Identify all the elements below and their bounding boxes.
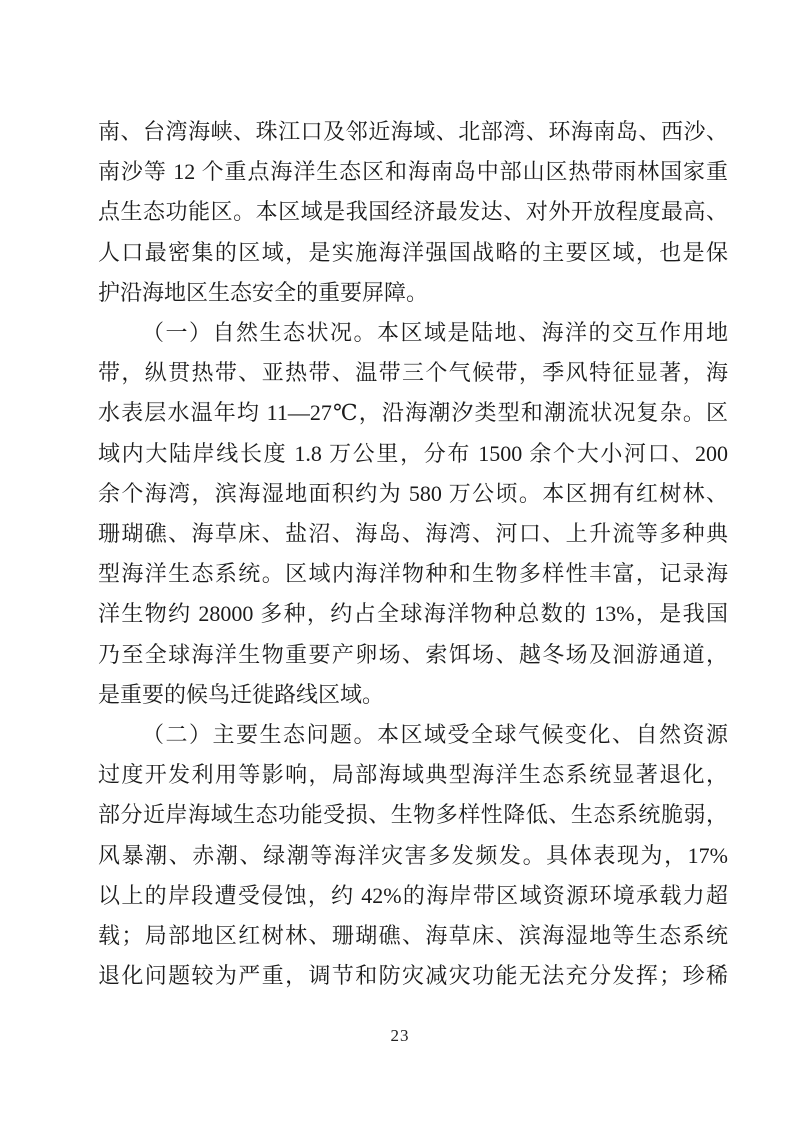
text-line: 南、台湾海峡、珠江口及邻近海域、北部湾、环海南岛、西沙、: [98, 112, 728, 152]
text-line: 水表层水温年均 11—27℃，沿海潮汐类型和潮流状况复杂。区: [98, 393, 728, 433]
paragraph: 南、台湾海峡、珠江口及邻近海域、北部湾、环海南岛、西沙、南沙等 12 个重点海洋…: [98, 112, 728, 313]
paragraph: （一）自然生态状况。本区域是陆地、海洋的交互作用地带，纵贯热带、亚热带、温带三个…: [98, 313, 728, 715]
text-line: 是重要的候鸟迁徙路线区域。: [98, 675, 728, 715]
text-line: 风暴潮、赤潮、绿潮等海洋灾害多发频发。具体表现为，17%: [98, 836, 728, 876]
document-body: 南、台湾海峡、珠江口及邻近海域、北部湾、环海南岛、西沙、南沙等 12 个重点海洋…: [98, 112, 728, 996]
text-line: 过度开发利用等影响，局部海域典型海洋生态系统显著退化，: [98, 755, 728, 795]
text-line: 南沙等 12 个重点海洋生态区和海南岛中部山区热带雨林国家重: [98, 152, 728, 192]
text-line: 载；局部地区红树林、珊瑚礁、海草床、滨海湿地等生态系统: [98, 916, 728, 956]
text-line: （一）自然生态状况。本区域是陆地、海洋的交互作用地: [98, 313, 728, 353]
text-line: 型海洋生态系统。区域内海洋物种和生物多样性丰富，记录海: [98, 554, 728, 594]
text-line: 退化问题较为严重，调节和防灾减灾功能无法充分发挥；珍稀: [98, 956, 728, 996]
text-line: 余个海湾，滨海湿地面积约为 580 万公顷。本区拥有红树林、: [98, 474, 728, 514]
text-line: 乃至全球海洋生物重要产卵场、索饵场、越冬场及洄游通道，: [98, 635, 728, 675]
text-line: 部分近岸海域生态功能受损、生物多样性降低、生态系统脆弱，: [98, 795, 728, 835]
text-line: 点生态功能区。本区域是我国经济最发达、对外开放程度最高、: [98, 192, 728, 232]
text-line: 以上的岸段遭受侵蚀，约 42%的海岸带区域资源环境承载力超: [98, 876, 728, 916]
text-line: 域内大陆岸线长度 1.8 万公里，分布 1500 余个大小河口、200: [98, 434, 728, 474]
page-number: 23: [391, 1026, 410, 1045]
text-line: 人口最密集的区域，是实施海洋强国战略的主要区域，也是保: [98, 233, 728, 273]
paragraph: （二）主要生态问题。本区域受全球气候变化、自然资源过度开发利用等影响，局部海域典…: [98, 715, 728, 996]
text-line: 洋生物约 28000 多种，约占全球海洋物种总数的 13%，是我国: [98, 594, 728, 634]
document-page: 南、台湾海峡、珠江口及邻近海域、北部湾、环海南岛、西沙、南沙等 12 个重点海洋…: [0, 0, 800, 1131]
text-line: （二）主要生态问题。本区域受全球气候变化、自然资源: [98, 715, 728, 755]
text-line: 珊瑚礁、海草床、盐沼、海岛、海湾、河口、上升流等多种典: [98, 514, 728, 554]
text-line: 护沿海地区生态安全的重要屏障。: [98, 273, 728, 313]
text-line: 带，纵贯热带、亚热带、温带三个气候带，季风特征显著，海: [98, 353, 728, 393]
page-footer: 23: [0, 1026, 800, 1046]
